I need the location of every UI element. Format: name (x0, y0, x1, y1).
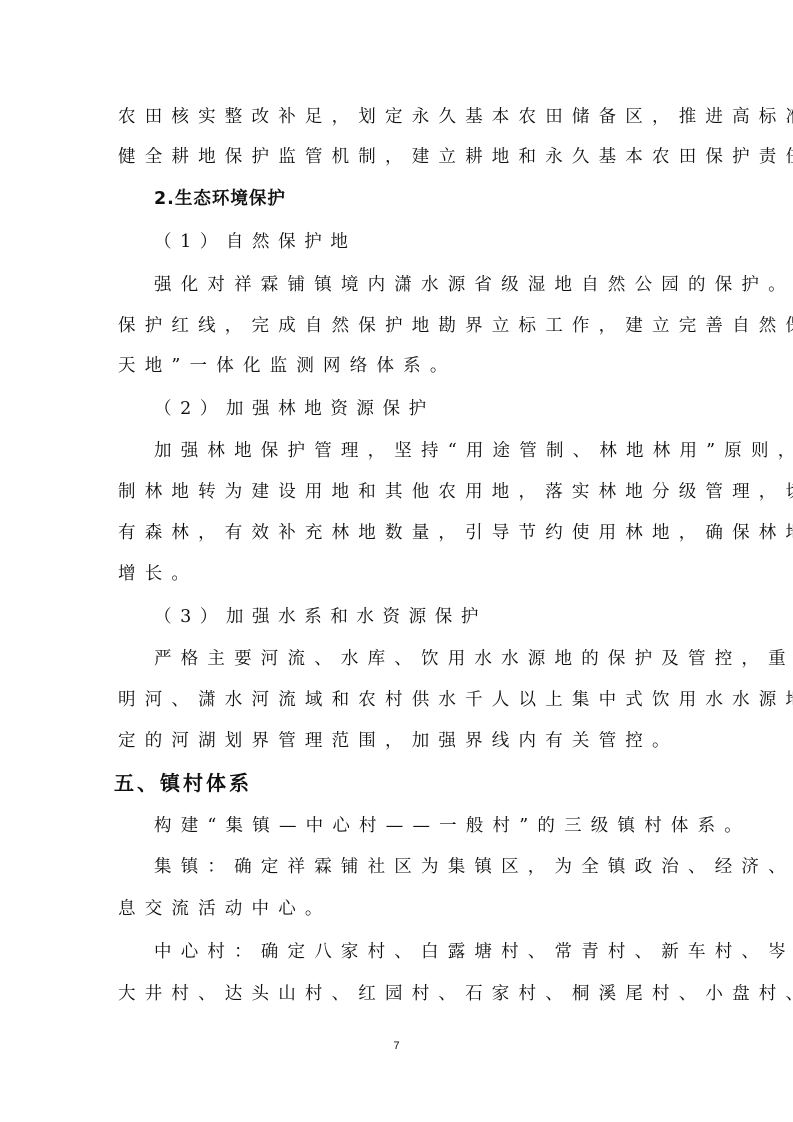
paragraph-line: 强化对祥霖铺镇境内潇水源省级湿地自然公园的保护。衔接生态 (154, 274, 684, 296)
paragraph-line: 天地”一体化监测网络体系。 (118, 355, 684, 377)
paragraph-line: 息交流活动中心。 (118, 898, 684, 920)
paragraph-line: 增长。 (118, 563, 684, 585)
document-page: 农田核实整改补足，划定永久基本农田储备区，推进高标准农田建设， 健全耕地保护监管… (0, 0, 793, 1122)
paragraph-line: 加强林地保护管理，坚持“用途管制、林地林用”原则，严格管 (154, 440, 684, 462)
paragraph-line: 集镇：确定祥霖铺社区为集镇区，为全镇政治、经济、文化、信 (154, 856, 684, 878)
paragraph-line: 健全耕地保护监管机制，建立耕地和永久基本农田保护责任制。 (118, 146, 684, 168)
subsection-title-water: （3）加强水系和水资源保护 (154, 606, 720, 628)
paragraph-line: 农田核实整改补足，划定永久基本农田储备区，推进高标准农田建设， (118, 106, 684, 128)
paragraph-line: 有森林，有效补充林地数量，引导节约使用林地，确保林地资源稳定 (118, 522, 684, 544)
page-number: 7 (0, 1040, 793, 1052)
section-heading-town-village: 五、镇村体系 (114, 772, 680, 794)
paragraph-line: 中心村：确定八家村、白露塘村、常青村、新车村、岑江渡村、 (154, 941, 684, 963)
paragraph-line: 严格主要河流、水库、饮用水水源地的保护及管控，重点保护永 (154, 648, 684, 670)
paragraph-line: 大井村、达头山村、红园村、石家村、桐溪尾村、小盘村、高坝洞村 (118, 983, 684, 1005)
paragraph-line: 定的河湖划界管理范围，加强界线内有关管控。 (118, 730, 684, 752)
section-heading-ecology: 2.生态环境保护 (154, 188, 720, 210)
paragraph-line: 明河、潇水河流域和农村供水千人以上集中式饮用水水源地。依据确 (118, 689, 684, 711)
paragraph-line: 构建“集镇—中心村——一般村”的三级镇村体系。 (154, 815, 684, 837)
subsection-title-forest: （2）加强林地资源保护 (154, 398, 720, 420)
paragraph-line: 保护红线，完成自然保护地勘界立标工作，建立完善自然保护地“空 (118, 315, 684, 337)
subsection-title-nature-reserve: （1）自然保护地 (154, 231, 720, 253)
paragraph-line: 制林地转为建设用地和其他农用地，落实林地分级管理，切实保护现 (118, 481, 684, 503)
